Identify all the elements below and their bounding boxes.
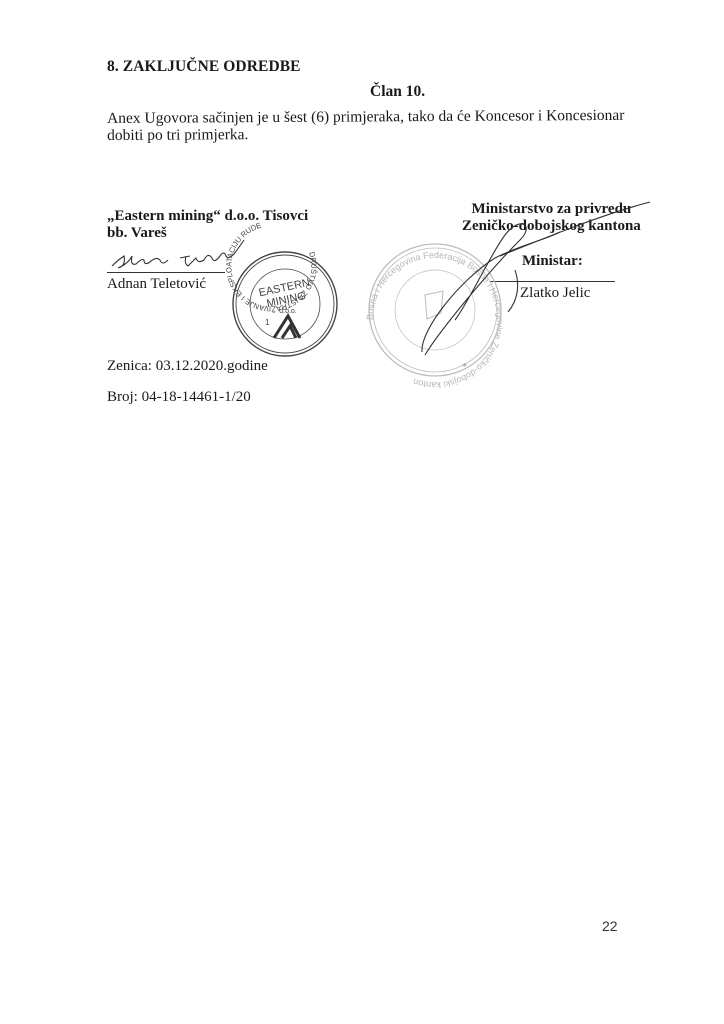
reference-number: Broj: 04-18-14461-1/20	[107, 389, 251, 406]
svg-text:*: *	[462, 362, 467, 373]
svg-text:1: 1	[265, 318, 270, 327]
right-signer-name: Zlatko Jelic	[520, 285, 590, 302]
left-party-name: „Eastern mining“ d.o.o. Tisovci bb. Vare…	[107, 208, 308, 242]
right-party-name: Ministarstvo za privredu Zeničko-dobojsk…	[462, 201, 641, 235]
right-party-name-line1: Ministarstvo za privredu	[462, 201, 641, 218]
left-party-name-line2: bb. Vareš	[107, 225, 308, 242]
svg-text:MINING: MINING	[266, 290, 307, 310]
ministry-stamp: Bosna i Hercegovina Federacija Bosne i H…	[365, 244, 505, 390]
page-number: 22	[602, 918, 618, 934]
left-signature	[112, 240, 244, 268]
minister-label: Ministar:	[522, 253, 583, 270]
article-body: Anex Ugovora sačinjen je u šest (6) prim…	[107, 107, 627, 144]
svg-text:Bosna i Hercegovina Federacija: Bosna i Hercegovina Federacija Bosne i H…	[365, 250, 505, 390]
right-party-name-line2: Zeničko-dobojskog kantona	[462, 218, 641, 235]
left-signature-line	[107, 272, 225, 273]
left-party-name-line1: „Eastern mining“ d.o.o. Tisovci	[107, 208, 308, 225]
left-signer-name: Adnan Teletović	[107, 276, 206, 293]
section-heading: 8. ZAKLJUČNE ODREDBE	[107, 58, 301, 76]
stamps-and-signatures: DRUŠTVO ZA ISTRAŽIVANJE I EKSPLOATACIJU …	[0, 0, 724, 1024]
article-title: Član 10.	[370, 83, 425, 101]
svg-text:EASTERN: EASTERN	[258, 277, 311, 300]
svg-text:d.o.o.: d.o.o.	[279, 308, 297, 315]
right-signature-line	[490, 281, 615, 282]
place-date: Zenica: 03.12.2020.godine	[107, 358, 268, 375]
